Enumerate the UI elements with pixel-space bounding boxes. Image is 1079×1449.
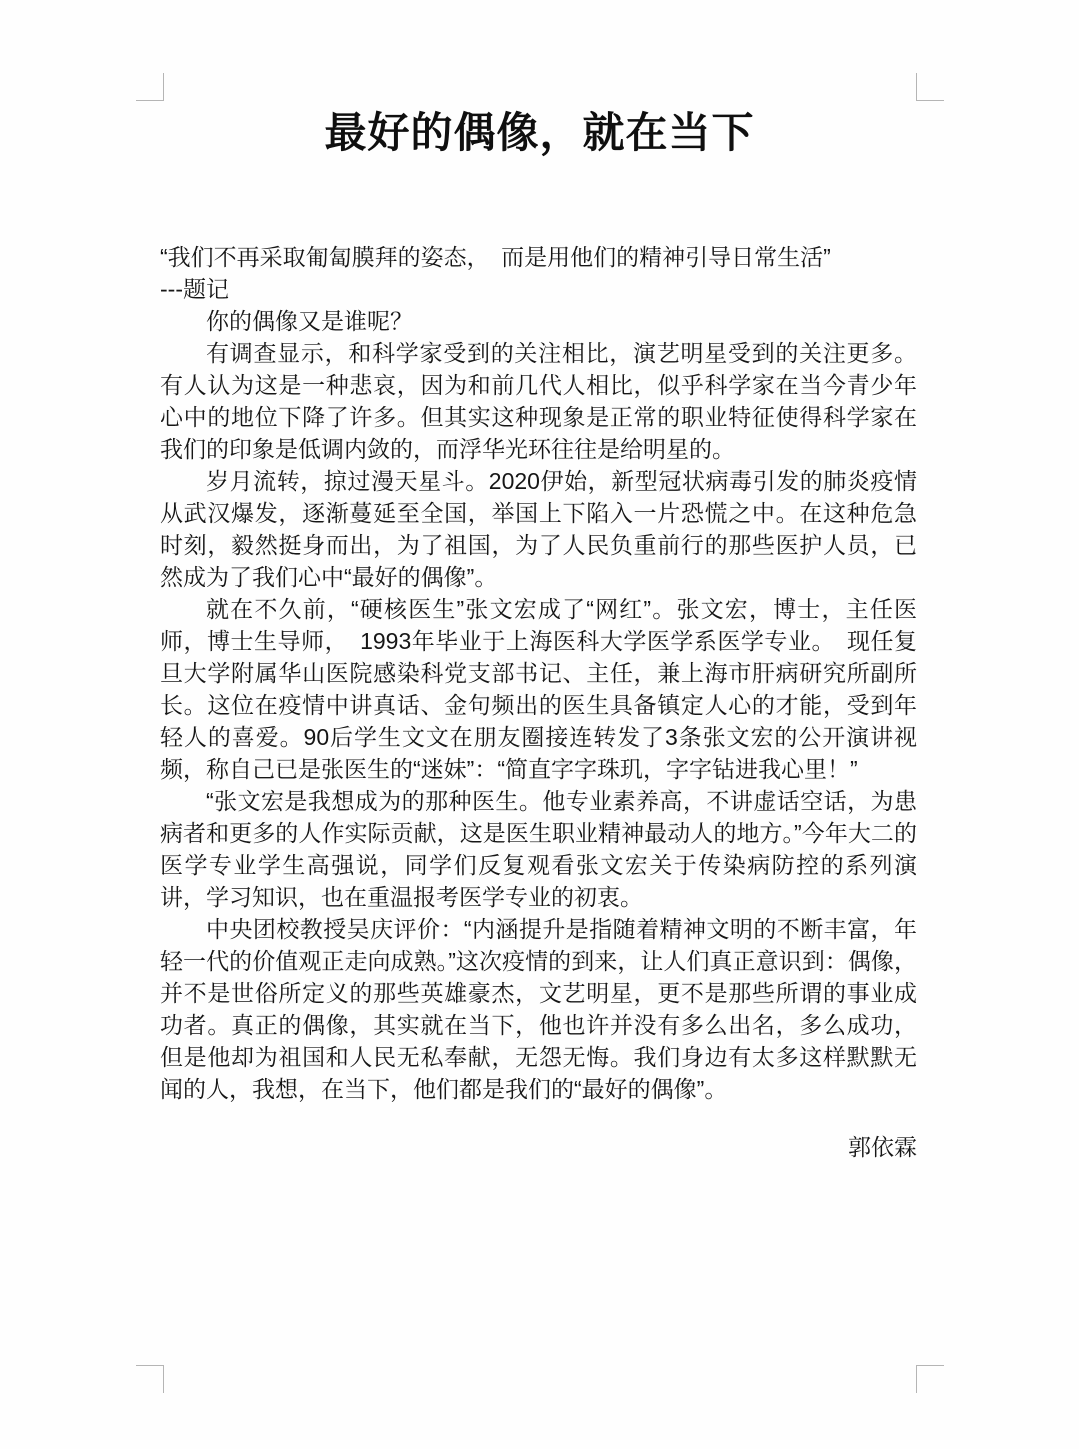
essay-title: 最好的偶像，就在当下 (0, 100, 1079, 160)
author-signature: 郭依霖 (160, 1131, 917, 1163)
paragraph-zhangwenhong: 就在不久前，“硬核医生”张文宏成了“网红”。张文宏，博士，主任医师，博士生导师，… (160, 593, 917, 785)
paragraph-question: 你的偶像又是谁呢？ (160, 305, 917, 337)
paragraph-survey: 有调查显示，和科学家受到的关注相比，演艺明星受到的关注更多。有人认为这是一种悲哀… (160, 337, 917, 465)
epigraph-quote: “我们不再采取匍匐膜拜的姿态， 而是用他们的精神引导日常生活” (160, 241, 917, 273)
crop-mark-bottom-right (916, 1365, 944, 1393)
essay-body: “我们不再采取匍匐膜拜的姿态， 而是用他们的精神引导日常生活” ---题记 你的… (160, 241, 917, 1163)
document-page: 最好的偶像，就在当下 “我们不再采取匍匐膜拜的姿态， 而是用他们的精神引导日常生… (0, 0, 1079, 1449)
crop-mark-bottom-left (136, 1365, 164, 1393)
paragraph-epidemic: 岁月流转，掠过漫天星斗。2020伊始，新型冠状病毒引发的肺炎疫情从武汉爆发，逐渐… (160, 465, 917, 593)
crop-mark-top-right (916, 73, 944, 101)
crop-mark-top-left (136, 73, 164, 101)
paragraph-student-quote: “张文宏是我想成为的那种医生。他专业素养高，不讲虚话空话，为患病者和更多的人作实… (160, 785, 917, 913)
epigraph-attribution: ---题记 (160, 273, 917, 305)
paragraph-conclusion: 中央团校教授吴庆评价：“内涵提升是指随着精神文明的不断丰富，年轻一代的价值观正走… (160, 913, 917, 1105)
